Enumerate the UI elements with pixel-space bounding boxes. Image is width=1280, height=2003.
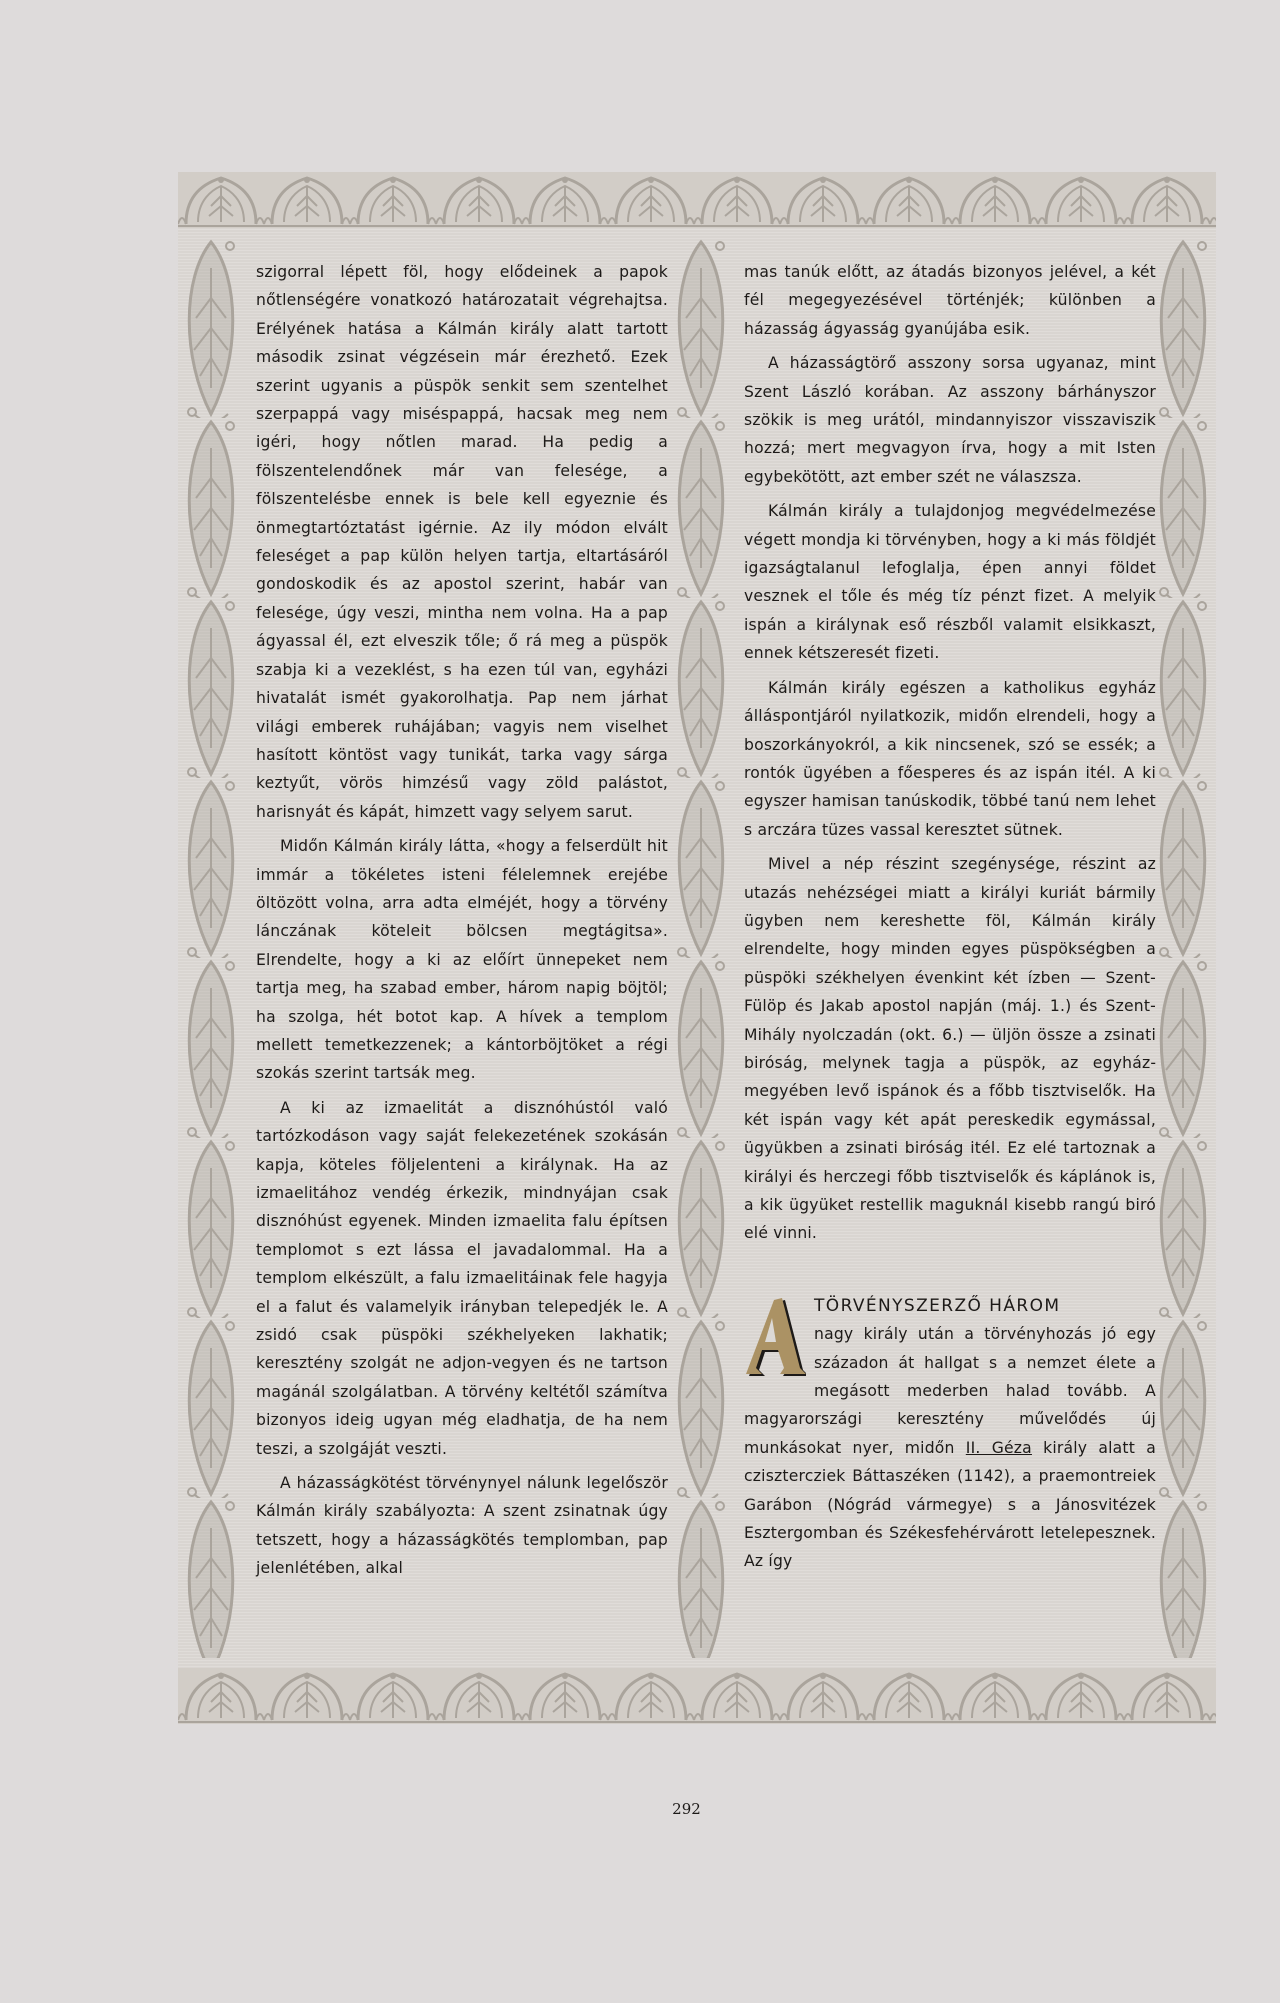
right-text-column: mas tanúk előtt, az átadás bizonyos jelé…	[744, 258, 1156, 1582]
paragraph: A ki az izmaelitát a disznóhústól való t…	[256, 1094, 668, 1463]
ornamental-page-frame: szigorral lépett föl, hogy elődeinek a p…	[178, 172, 1216, 1724]
paragraph: A házasságkötést törvénynyel nálunk leg­…	[256, 1469, 668, 1583]
vine-ornament-icon	[670, 238, 732, 1658]
paragraph: Kálmán király a tulajdonjog megvédel­mez…	[744, 497, 1156, 667]
page-number: 292	[0, 1800, 1280, 1818]
paragraph: szigorral lépett föl, hogy elődeinek a p…	[256, 258, 668, 826]
middle-vine-ornament	[670, 238, 732, 1658]
chapter-section: TÖRVÉNYSZERZŐ HÁROM nagy király után a t…	[744, 1292, 1156, 1576]
section-text-continued: király alatt a czisztercziek Báttaszéken…	[744, 1439, 1156, 1571]
top-ornament-band	[178, 172, 1216, 228]
vine-ornament-icon	[1152, 238, 1214, 1658]
left-text-column: szigorral lépett föl, hogy elődeinek a p…	[256, 258, 668, 1589]
left-vine-ornament	[180, 238, 242, 1658]
palmette-ornament-icon	[178, 1668, 1216, 1724]
bottom-ornament-band	[178, 1668, 1216, 1724]
vine-ornament-icon	[180, 238, 242, 1658]
paragraph: Mivel a nép részint szegénysége, részint…	[744, 850, 1156, 1248]
paragraph: Kálmán király egészen a katholikus egy­h…	[744, 674, 1156, 844]
paragraph: mas tanúk előtt, az átadás bizonyos jelé…	[744, 258, 1156, 343]
dropcap-a-icon	[740, 1294, 806, 1380]
geza-link[interactable]: II. Géza	[966, 1439, 1032, 1457]
palmette-ornament-icon	[178, 172, 1216, 228]
paragraph: Midőn Kálmán király látta, «hogy a fel­s…	[256, 832, 668, 1088]
right-vine-ornament	[1152, 238, 1214, 1658]
paragraph: A házasságtörő asszony sorsa ugyanaz, mi…	[744, 349, 1156, 491]
